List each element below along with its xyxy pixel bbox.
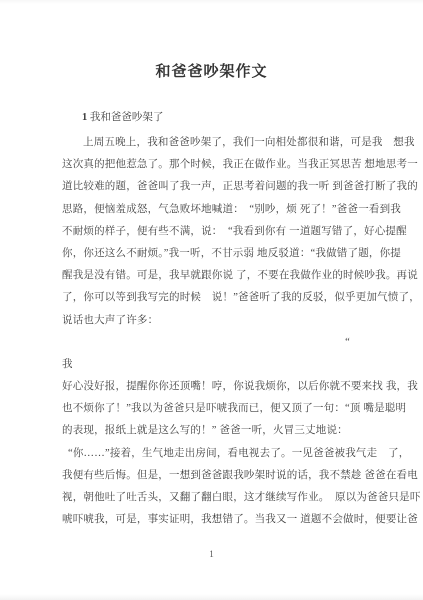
body-line: 你，你还这么不耐烦。”我一听，不甘示弱 地反驳道：“我做错了题，你提 [62,243,364,265]
body-line: 唬吓唬我，可是，事实证明，我想错了。当我又一 道题不会做时，便要让爸 [62,509,364,531]
body-line: 我便有些后悔。但是，一想到爸爸跟我吵架时说的话，我不禁趁 爸爸在看电 [62,465,364,487]
body-line: 醒我是没有错。可是，我早就跟你说 了，不要在我做作业的时候吵我。再说 [62,265,364,287]
body-line: “你……”接着，生气地走出房间，看电视去了。一见爸爸被我气走 了， [62,443,364,465]
body-line: 上周五晚上，我和爸爸吵架了，我们一向相处都很和谐，可是我 想我 [62,132,364,154]
section-heading: 1 我和爸爸吵架了 [82,109,163,124]
essay-body: 上周五晚上，我和爸爸吵架了，我们一向相处都很和谐，可是我 想我 这次真的把他惹急… [62,132,364,531]
body-line-lone-quote: “ [62,332,364,354]
body-line: 道比较难的题，爸爸叫了我一声，正思考着问题的我一听 到爸爸打断了我的 [62,176,364,198]
body-line: 了，你可以等到我写完的时候 说！”爸爸听了我的反驳，似乎更加气愤了， [62,287,364,309]
body-line: 思路，便恼羞成怒，气急败坏地喊道： “别吵，烦 死了！”爸爸一看到我 [62,199,364,221]
body-line: 我 [62,354,364,376]
body-line: 也不烦你了！”我以为爸爸只是吓唬我而已，便又顶了一句：“顶 嘴是聪明 [62,398,364,420]
body-line: 好心没好报，提醒你你还顶嘴！哼，你说我烦你，以后你就不要来找 我，我 [62,376,364,398]
body-line: 这次真的把他惹急了。那个时候，我正在做作业。当我正冥思苦 想地思考一 [62,154,364,176]
body-line: 不耐烦的样子，便有些不满，说： “我看到你有 一道题写错了，好心提醒 [62,221,364,243]
body-line: 的表现，报纸上就是这么写的！” 爸爸一听，火冒三丈地说： [62,420,364,442]
body-line: 说话也大声了许多： [62,310,364,332]
section-heading-text: 我和爸爸吵架了 [87,112,163,123]
page-number: 1 [0,549,423,559]
page-title: 和爸爸吵架作文 [0,60,423,81]
document-page: 和爸爸吵架作文 1 我和爸爸吵架了 上周五晚上，我和爸爸吵架了，我们一向相处都很… [0,0,423,600]
body-line: 视，朝他吐了吐舌头，又翻了翻白眼，这才继续写作业。 原以为爸爸只是吓 [62,487,364,509]
